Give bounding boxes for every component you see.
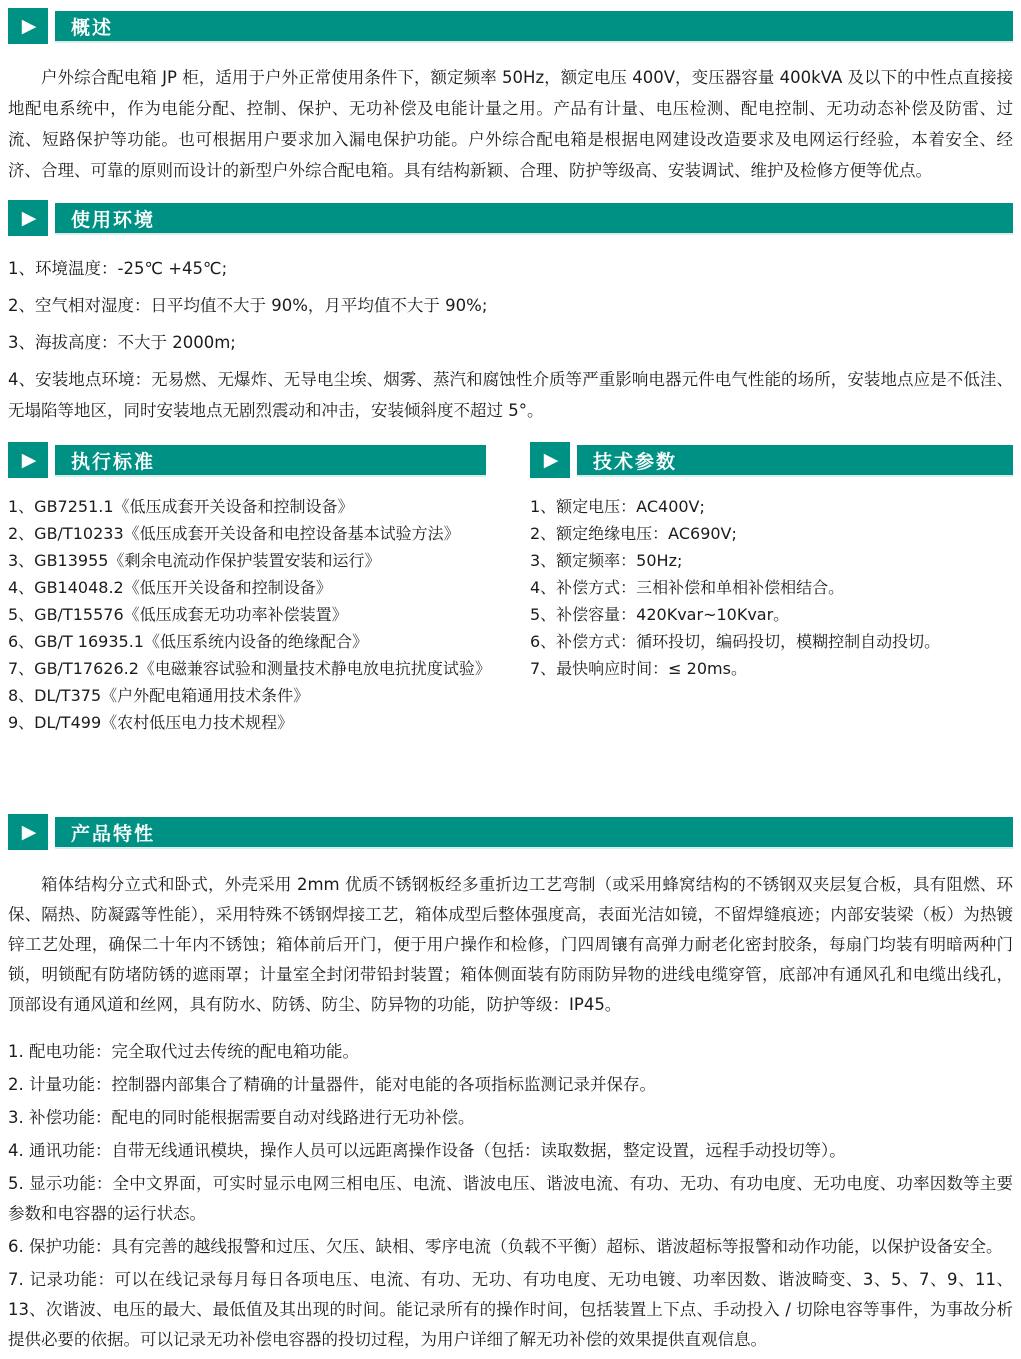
features-intro-paragraph: 箱体结构分立式和卧式，外壳采用 2mm 优质不锈钢板经多重折边工艺弯制（或采用蜂… xyxy=(8,870,1013,1020)
arrow-right-icon: ▶ xyxy=(22,17,37,36)
list-item: 2、GB/T10233《低压成套开关设备和电控设备基本试验方法》 xyxy=(8,520,486,547)
document-page: ▶ 概述 户外综合配电箱 JP 柜，适用于户外正常使用条件下，额定频率 50Hz… xyxy=(0,0,1021,1359)
list-item: 4. 通讯功能：自带无线通讯模块，操作人员可以远距离操作设备（包括：读取数据，整… xyxy=(8,1136,1013,1166)
section-title-standards: 执行标准 xyxy=(71,447,155,474)
standards-parameters-columns: ▶ 执行标准 1、GB7251.1《低压成套开关设备和控制设备》 2、GB/T1… xyxy=(8,442,1013,736)
list-item: 8、DL/T375《户外配电箱通用技术条件》 xyxy=(8,682,486,709)
list-item: 1、GB7251.1《低压成套开关设备和控制设备》 xyxy=(8,493,486,520)
list-item: 3、额定频率：50Hz; xyxy=(530,547,1013,574)
environment-title-bar: 使用环境 xyxy=(55,203,1013,233)
list-item: 5、补偿容量：420Kvar~10Kvar。 xyxy=(530,601,1013,628)
list-item: 7. 记录功能：可以在线记录每月每日各项电压、电流、有功、无功、有功电度、无功电… xyxy=(8,1265,1013,1355)
parameters-marker: ▶ xyxy=(530,442,570,478)
parameters-title-bar: 技术参数 xyxy=(577,445,1013,475)
features-title-bar: 产品特性 xyxy=(55,817,1013,847)
list-item: 1. 配电功能：完全取代过去传统的配电箱功能。 xyxy=(8,1037,1013,1067)
list-item: 1、额定电压：AC400V; xyxy=(530,493,1013,520)
list-item: 2、空气相对湿度：日平均值不大于 90%，月平均值不大于 90%; xyxy=(8,290,1013,321)
arrow-right-icon: ▶ xyxy=(22,823,37,842)
arrow-right-icon: ▶ xyxy=(22,451,37,470)
overview-paragraph: 户外综合配电箱 JP 柜，适用于户外正常使用条件下，额定频率 50Hz，额定电压… xyxy=(8,62,1013,186)
features-marker: ▶ xyxy=(8,814,48,850)
list-item: 6、GB/T 16935.1《低压系统内设备的绝缘配合》 xyxy=(8,628,486,655)
list-item: 6. 保护功能：具有完善的越线报警和过压、欠压、缺相、零序电流（负载不平衡）超标… xyxy=(8,1232,1013,1262)
section-header-features: ▶ 产品特性 xyxy=(8,814,1013,850)
list-item: 1、环境温度：-25℃ +45℃; xyxy=(8,253,1013,284)
standards-column: ▶ 执行标准 1、GB7251.1《低压成套开关设备和控制设备》 2、GB/T1… xyxy=(8,442,486,736)
arrow-right-icon: ▶ xyxy=(544,451,559,470)
list-item: 6、补偿方式：循环投切，编码投切，模糊控制自动投切。 xyxy=(530,628,1013,655)
list-item: 4、GB14048.2《低压开关设备和控制设备》 xyxy=(8,574,486,601)
parameters-list: 1、额定电压：AC400V; 2、额定绝缘电压：AC690V; 3、额定频率：5… xyxy=(530,493,1013,682)
list-item: 4、安装地点环境：无易燃、无爆炸、无导电尘埃、烟雾、蒸汽和腐蚀性介质等严重影响电… xyxy=(8,364,1013,426)
list-item: 4、补偿方式：三相补偿和单相补偿相结合。 xyxy=(530,574,1013,601)
list-item: 7、最快响应时间：≤ 20ms。 xyxy=(530,655,1013,682)
standards-marker: ▶ xyxy=(8,442,48,478)
list-item: 2. 计量功能：控制器内部集合了精确的计量器件，能对电能的各项指标监测记录并保存… xyxy=(8,1070,1013,1100)
section-title-parameters: 技术参数 xyxy=(593,447,677,474)
section-header-parameters: ▶ 技术参数 xyxy=(530,442,1013,478)
standards-list: 1、GB7251.1《低压成套开关设备和控制设备》 2、GB/T10233《低压… xyxy=(8,493,486,736)
section-title-overview: 概述 xyxy=(71,13,113,40)
list-item: 7、GB/T17626.2《电磁兼容试验和测量技术静电放电抗扰度试验》 xyxy=(8,655,486,682)
overview-title-bar: 概述 xyxy=(55,11,1013,41)
arrow-right-icon: ▶ xyxy=(22,209,37,228)
section-header-standards: ▶ 执行标准 xyxy=(8,442,486,478)
list-item: 3、GB13955《剩余电流动作保护装置安装和运行》 xyxy=(8,547,486,574)
environment-marker: ▶ xyxy=(8,200,48,236)
section-title-environment: 使用环境 xyxy=(71,205,155,232)
list-item: 3、海拔高度：不大于 2000m; xyxy=(8,327,1013,358)
list-item: 9、DL/T499《农村低压电力技术规程》 xyxy=(8,709,486,736)
section-header-overview: ▶ 概述 xyxy=(8,8,1013,44)
parameters-column: ▶ 技术参数 1、额定电压：AC400V; 2、额定绝缘电压：AC690V; 3… xyxy=(530,442,1013,736)
list-item: 5、GB/T15576《低压成套无功功率补偿装置》 xyxy=(8,601,486,628)
list-item: 3. 补偿功能：配电的同时能根据需要自动对线路进行无功补偿。 xyxy=(8,1103,1013,1133)
list-item: 2、额定绝缘电压：AC690V; xyxy=(530,520,1013,547)
features-list: 1. 配电功能：完全取代过去传统的配电箱功能。 2. 计量功能：控制器内部集合了… xyxy=(8,1037,1013,1355)
section-title-features: 产品特性 xyxy=(71,819,155,846)
standards-title-bar: 执行标准 xyxy=(55,445,486,475)
list-item: 5. 显示功能：全中文界面，可实时显示电网三相电压、电流、谐波电压、谐波电流、有… xyxy=(8,1169,1013,1229)
overview-marker: ▶ xyxy=(8,8,48,44)
section-header-environment: ▶ 使用环境 xyxy=(8,200,1013,236)
environment-list: 1、环境温度：-25℃ +45℃; 2、空气相对湿度：日平均值不大于 90%，月… xyxy=(8,253,1013,426)
